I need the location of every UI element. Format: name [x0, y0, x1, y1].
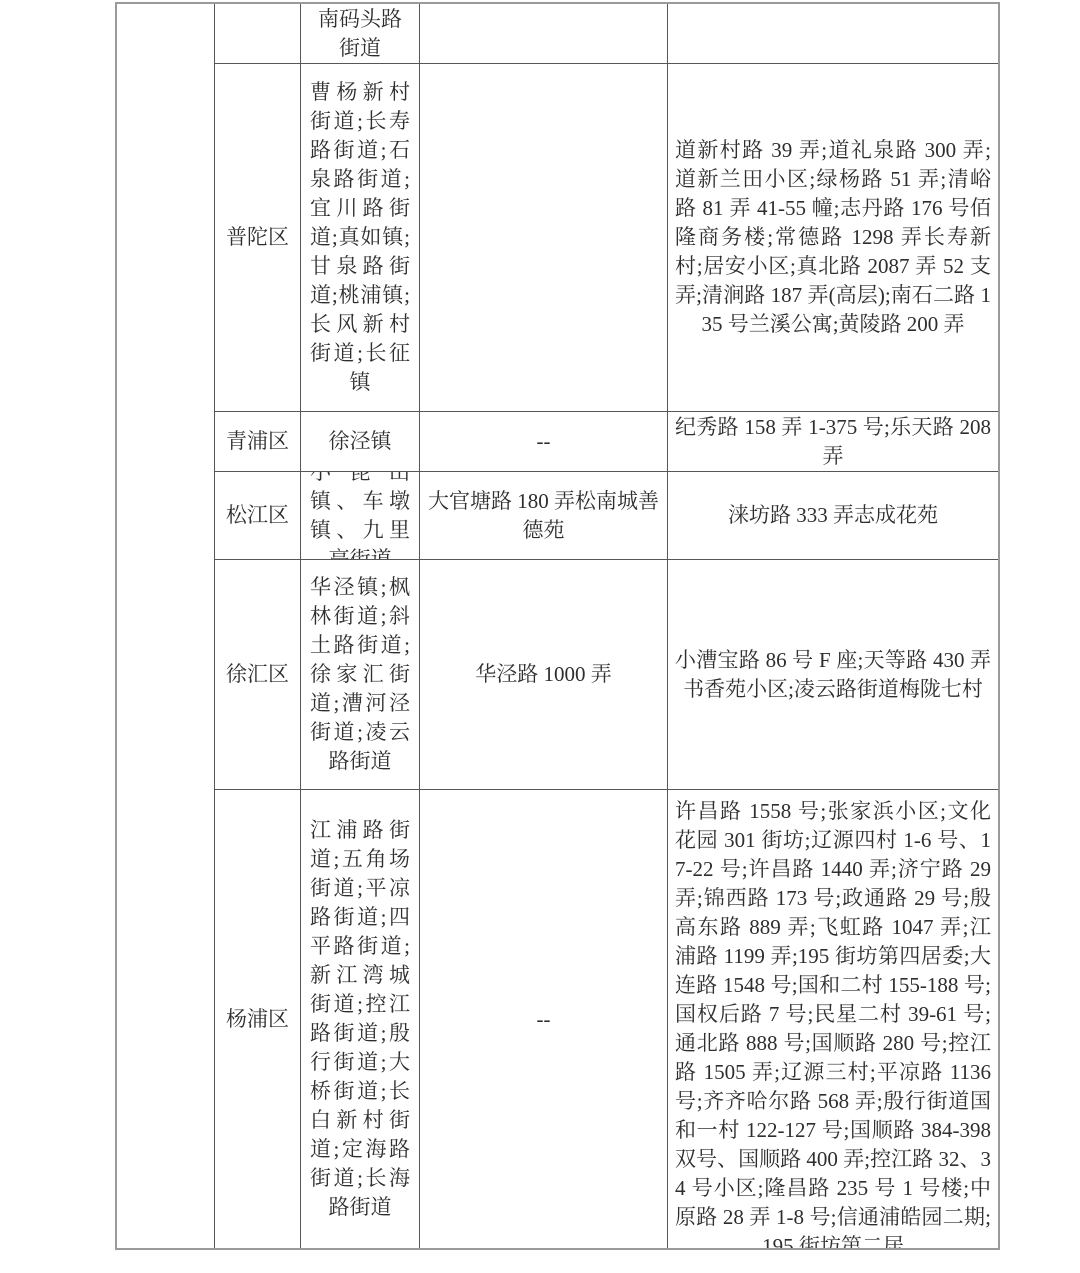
risk-area-table: 南码头路街道 普陀区 曹杨新村街道;长寿路街道;石泉路街道;宜川路街道;真如镇;… [115, 2, 1000, 1250]
address-list-cell: 许昌路 1558 号;张家浜小区;文化花园 301 街坊;辽源四村 1-6 号、… [667, 790, 998, 1248]
district-cell: 徐汇区 [214, 560, 300, 790]
district-cell [214, 4, 300, 64]
district-cell: 杨浦区 [214, 790, 300, 1248]
address-list-text [668, 32, 998, 36]
mid-address-text: 华泾路 1000 弄 [420, 658, 667, 691]
streets-cell: 徐泾镇 [300, 412, 419, 472]
mid-address-cell: -- [419, 790, 667, 1248]
district-text: 普陀区 [215, 221, 300, 254]
streets-cell: 曹杨新村街道;长寿路街道;石泉路街道;宜川路街道;真如镇;甘泉路街道;桃浦镇;长… [300, 64, 419, 412]
address-list-text: 道新村路 39 弄;道礼泉路 300 弄;道新兰田小区;绿杨路 51 弄;清峪路… [668, 134, 998, 341]
address-list-text: 小漕宝路 86 号 F 座;天等路 430 弄书香苑小区;凌云路街道梅陇七村 [668, 644, 998, 706]
address-list-cell [667, 4, 998, 64]
district-text: 杨浦区 [215, 1003, 300, 1036]
streets-text: 曹杨新村街道;长寿路街道;石泉路街道;宜川路街道;真如镇;甘泉路街道;桃浦镇;长… [301, 76, 419, 399]
mid-address-cell: 华泾路 1000 弄 [419, 560, 667, 790]
address-list-cell: 道新村路 39 弄;道礼泉路 300 弄;道新兰田小区;绿杨路 51 弄;清峪路… [667, 64, 998, 412]
mid-address-text: 大官塘路 180 弄松南城善德苑 [420, 485, 667, 547]
streets-cell: 南码头路街道 [300, 4, 419, 64]
mid-address-text: -- [420, 1003, 667, 1036]
mid-address-text [420, 32, 667, 36]
district-cell: 普陀区 [214, 64, 300, 412]
mid-address-text [420, 236, 667, 240]
address-list-cell: 涞坊路 333 弄志成花苑 [667, 472, 998, 560]
streets-text: 江浦路街道;五角场街道;平凉路街道;四平路街道;新江湾城街道;控江路街道;殷行街… [301, 814, 419, 1224]
table-left-empty-cell [117, 4, 214, 1248]
streets-cell: 小昆山镇、车墩镇、九里亭街道 [300, 472, 419, 560]
mid-address-text: -- [420, 425, 667, 458]
mid-address-cell [419, 64, 667, 412]
address-list-text: 许昌路 1558 号;张家浜小区;文化花园 301 街坊;辽源四村 1-6 号、… [668, 790, 998, 1248]
streets-text: 华泾镇;枫林街道;斜土路街道;徐家汇街道;漕河泾街道;凌云路街道 [301, 571, 419, 778]
district-text: 松江区 [215, 499, 300, 532]
address-list-text: 涞坊路 333 弄志成花苑 [668, 499, 998, 532]
mid-address-cell: -- [419, 412, 667, 472]
district-cell: 松江区 [214, 472, 300, 560]
streets-text: 小昆山镇、车墩镇、九里亭街道 [301, 472, 419, 560]
address-list-cell: 纪秀路 158 弄 1-375 号;乐天路 208 弄 [667, 412, 998, 472]
district-text: 徐汇区 [215, 658, 300, 691]
address-list-cell: 小漕宝路 86 号 F 座;天等路 430 弄书香苑小区;凌云路街道梅陇七村 [667, 560, 998, 790]
district-cell: 青浦区 [214, 412, 300, 472]
streets-cell: 江浦路街道;五角场街道;平凉路街道;四平路街道;新江湾城街道;控江路街道;殷行街… [300, 790, 419, 1248]
address-list-text: 纪秀路 158 弄 1-375 号;乐天路 208 弄 [668, 412, 998, 472]
mid-address-cell: 大官塘路 180 弄松南城善德苑 [419, 472, 667, 560]
mid-address-cell [419, 4, 667, 64]
streets-text: 徐泾镇 [301, 425, 419, 458]
document-page: 南码头路街道 普陀区 曹杨新村街道;长寿路街道;石泉路街道;宜川路街道;真如镇;… [0, 0, 1080, 1273]
streets-cell: 华泾镇;枫林街道;斜土路街道;徐家汇街道;漕河泾街道;凌云路街道 [300, 560, 419, 790]
streets-text: 南码头路街道 [301, 4, 419, 64]
district-text: 青浦区 [215, 425, 300, 458]
district-text [215, 32, 300, 36]
